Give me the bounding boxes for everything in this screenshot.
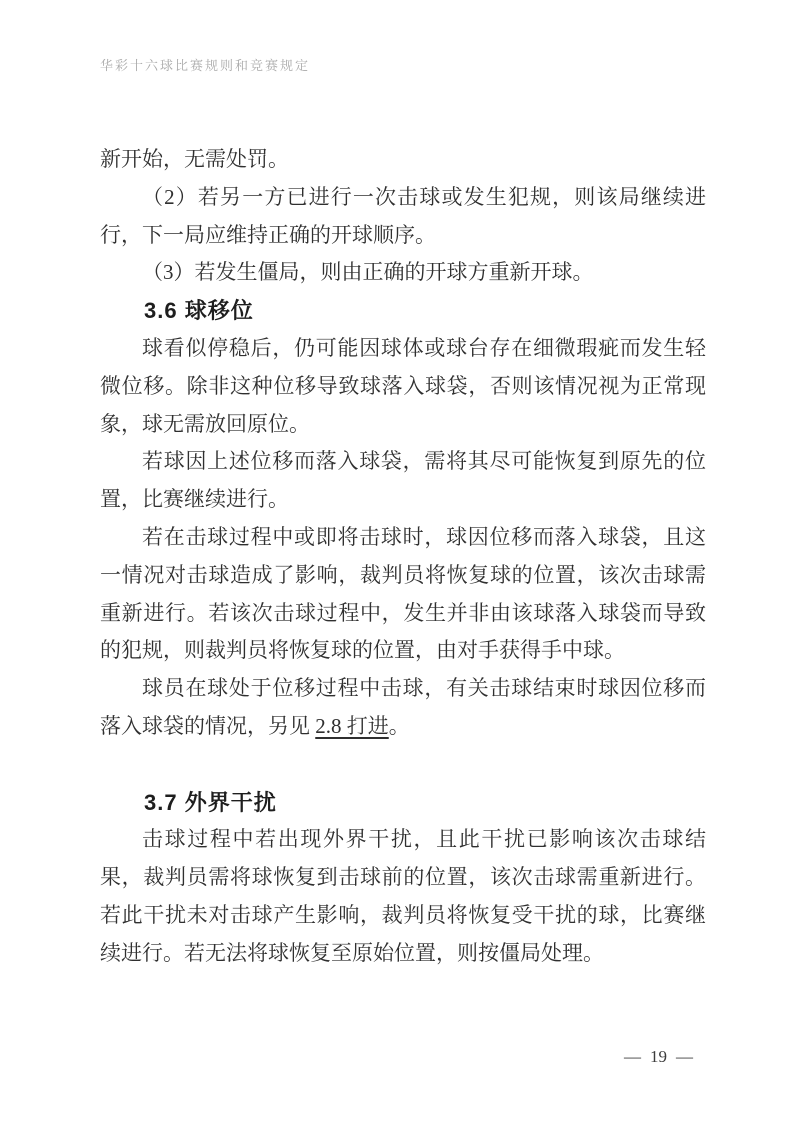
- paragraph-outside-interference: 击球过程中若出现外界干扰，且此干扰已影响该次击球结果，裁判员需将球恢复到击球前的…: [100, 821, 706, 972]
- section-heading-3-7: 3.7 外界干扰: [100, 784, 706, 822]
- paragraph-item-2: （2）若另一方已进行一次击球或发生犯规，则该局继续进行，下一局应维持正确的开球顺…: [100, 179, 706, 255]
- page-number-value: 19: [650, 1047, 667, 1067]
- paragraph-item-3: （3）若发生僵局，则由正确的开球方重新开球。: [100, 254, 706, 292]
- section-heading-3-6: 3.6 球移位: [100, 292, 706, 330]
- paragraph-ball-settled: 球看似停稳后，仍可能因球体或球台存在细微瑕疵而发生轻微位移。除非这种位移导致球落…: [100, 330, 706, 443]
- reference-text-after: 。: [389, 714, 410, 738]
- page-number-dash-left: —: [624, 1047, 641, 1067]
- document-page: 华彩十六球比赛规则和竞赛规定 新开始，无需处罚。 （2）若另一方已进行一次击球或…: [0, 0, 794, 1123]
- paragraph-during-shot-displacement: 若在击球过程中或即将击球时，球因位移而落入球袋，且这一情况对击球造成了影响，裁判…: [100, 519, 706, 670]
- paragraph-continuation: 新开始，无需处罚。: [100, 141, 706, 179]
- document-body: 新开始，无需处罚。 （2）若另一方已进行一次击球或发生犯规，则该局继续进行，下一…: [100, 141, 706, 973]
- blank-line: [100, 746, 706, 784]
- cross-reference-link[interactable]: 2.8 打进: [315, 714, 389, 738]
- paragraph-with-reference: 球员在球处于位移过程中击球，有关击球结束时球因位移而落入球袋的情况，另见 2.8…: [100, 670, 706, 746]
- paragraph-ball-pocketed-restore: 若球因上述位移而落入球袋，需将其尽可能恢复到原先的位置，比赛继续进行。: [100, 443, 706, 519]
- page-number-dash-right: —: [676, 1047, 693, 1067]
- page-number: —19—: [624, 1047, 693, 1067]
- running-header: 华彩十六球比赛规则和竞赛规定: [100, 55, 310, 74]
